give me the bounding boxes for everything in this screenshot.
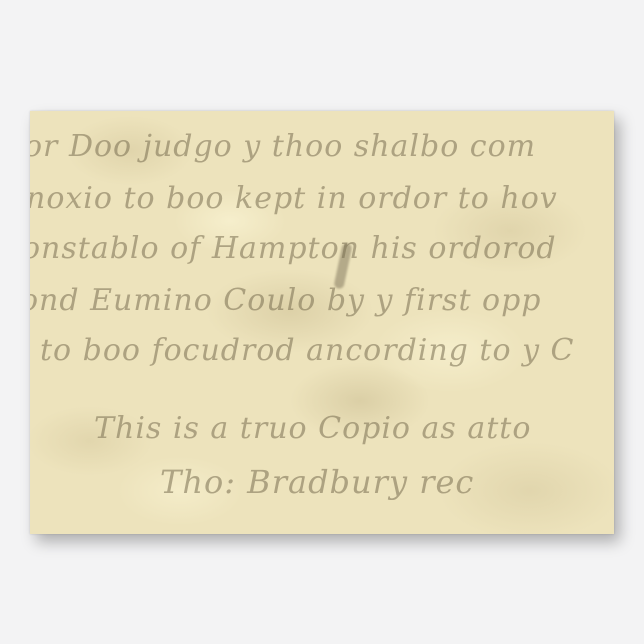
- signature-line: Tho: Bradbury rec: [160, 463, 474, 501]
- manuscript-line-5: to boo focudrod ancording to y C: [40, 333, 575, 368]
- manuscript-line-1: or Doo judgo y thoo shalbo com: [30, 129, 536, 164]
- canvas-background: or Doo judgo y thoo shalbo com noxio to …: [0, 0, 644, 644]
- manuscript-line-4: ond Eumino Coulo by y first opp: [30, 283, 542, 318]
- attestation-line: This is a truo Copio as atto: [94, 411, 531, 446]
- manuscript-line-3: onstablo of Hampton his ordorod: [30, 231, 557, 266]
- manuscript-line-2: noxio to boo kept in ordor to hov: [30, 181, 558, 216]
- envelope: or Doo judgo y thoo shalbo com noxio to …: [30, 111, 614, 534]
